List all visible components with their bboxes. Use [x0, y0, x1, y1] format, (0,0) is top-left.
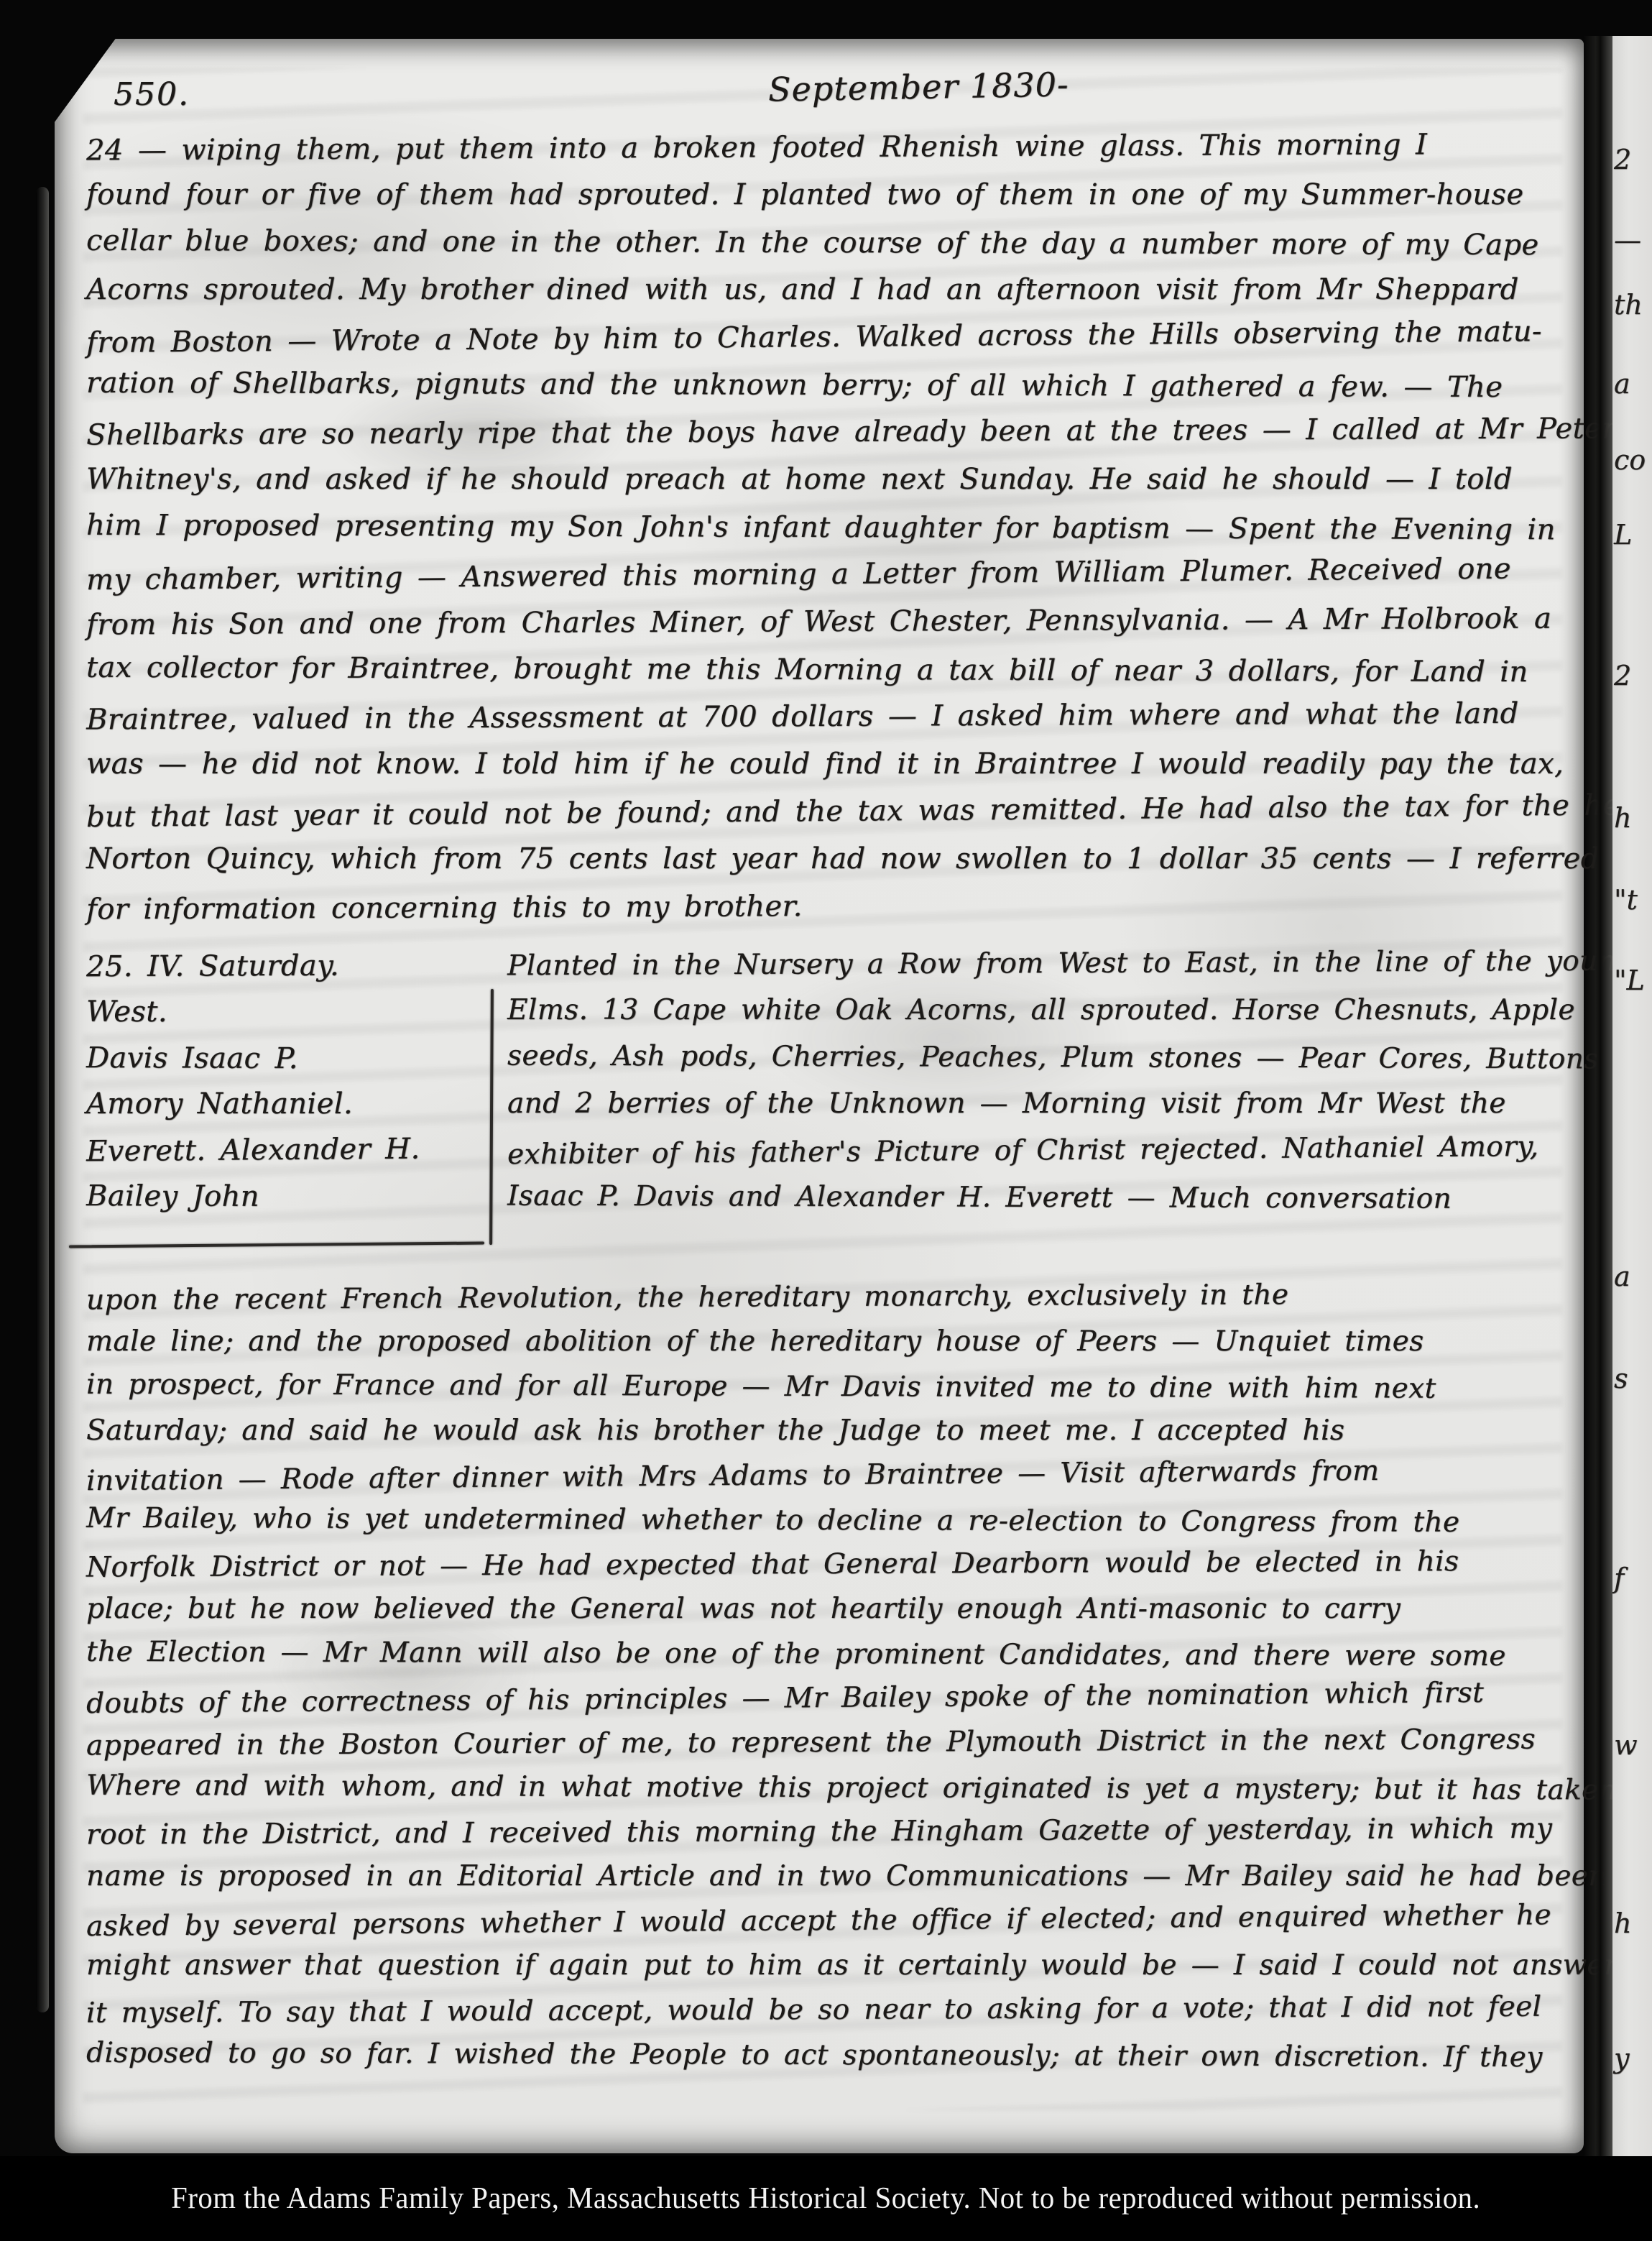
facing-page-fragment: 2 [1614, 144, 1631, 175]
margin-line: Amory Nathaniel. [86, 1081, 493, 1127]
facing-page-fragment: a [1614, 1261, 1630, 1292]
manuscript-line: for information concerning this to my br… [86, 880, 1568, 934]
facing-page-fragment: co [1614, 444, 1646, 476]
manuscript-line: place; but he now believed the General w… [86, 1587, 1568, 1632]
manuscript-line: 24 — wiping them, put them into a broken… [86, 121, 1568, 175]
manuscript-line: Braintree, valued in the Assessment at 7… [86, 690, 1568, 744]
manuscript-line: male line; and the proposed abolition of… [86, 1320, 1568, 1364]
margin-note: 25. IV. Saturday.West.Davis Isaac P.Amor… [86, 940, 493, 1220]
manuscript-line: and 2 berries of the Unknown — Morning v… [507, 1080, 1634, 1127]
binding-gutter-shadow [1584, 36, 1612, 2156]
nursery-note-lines: Planted in the Nursery a Row from West t… [507, 940, 1634, 1220]
facing-page-fragment: 2 [1614, 660, 1631, 691]
facing-page-fragment: — [1614, 224, 1641, 256]
entry-september-25-body: upon the recent French Revolution, the h… [86, 1275, 1568, 2077]
facing-page-fragment: "L [1614, 965, 1645, 996]
manuscript-line: cellar blue boxes; and one in the other.… [86, 217, 1568, 269]
manuscript-line: Norfolk District or not — He had expecte… [86, 1540, 1568, 1591]
manuscript-line: Shellbarks are so nearly ripe that the b… [86, 405, 1568, 459]
manuscript-line: invitation — Rode after dinner with Mrs … [86, 1448, 1568, 1504]
facing-page-fragment: L [1614, 519, 1632, 551]
manuscript-line: Acorns sprouted. My brother dined with u… [86, 266, 1568, 313]
margin-line: Everett. Alexander H. [86, 1126, 493, 1174]
manuscript-line: was — he did not know. I told him if he … [86, 740, 1568, 788]
manuscript-line: Mr Bailey, who is yet undetermined wheth… [86, 1496, 1568, 1545]
facing-page-fragment: th [1614, 289, 1643, 321]
manuscript-line: root in the District, and I received thi… [86, 1807, 1568, 1858]
facing-page-fragment: a [1614, 368, 1630, 400]
facing-page-fragment: w [1614, 1729, 1638, 1761]
manuscript-line: ration of Shellbarks, pignuts and the un… [86, 359, 1568, 411]
facing-page-fragment: h [1614, 802, 1631, 834]
manuscript-line: appeared in the Boston Courier of me, to… [86, 1718, 1568, 1769]
ink-rule-horizontal [69, 1241, 484, 1248]
manuscript-line: seeds, Ash pods, Cherries, Peaches, Plum… [507, 1033, 1635, 1083]
manuscript-line: Whitney's, and asked if he should preach… [86, 456, 1568, 503]
facing-page-fragment: h [1614, 1908, 1631, 1939]
margin-line: Davis Isaac P. [86, 1035, 493, 1082]
margin-line: Bailey John [86, 1173, 493, 1220]
scan-corner-shadow [50, 34, 119, 128]
manuscript-line: found four or five of them had sprouted.… [86, 171, 1568, 218]
manuscript-line: from Boston — Wrote a Note by him to Cha… [86, 308, 1568, 367]
page-left-edge [36, 187, 49, 2012]
manuscript-line: upon the recent French Revolution, the h… [86, 1272, 1568, 1323]
page-number: 550. [114, 76, 190, 113]
scan-footer-band: From the Adams Family Papers, Massachuse… [0, 2156, 1652, 2241]
manuscript-line: disposed to go so far. I wished the Peop… [86, 2031, 1568, 2080]
manuscript-line: Elms. 13 Cape white Oak Acorns, all spro… [507, 987, 1634, 1034]
manuscript-line: Isaac P. Davis and Alexander H. Everett … [507, 1173, 1635, 1223]
margin-visitor-list: 25. IV. Saturday.West.Davis Isaac P.Amor… [86, 943, 493, 1219]
entry-september-25-head: 25. IV. Saturday.West.Davis Isaac P.Amor… [86, 940, 1568, 1220]
page-header: 550. September 1830- [86, 63, 1568, 118]
manuscript-line: Saturday; and said he would ask his brot… [86, 1409, 1568, 1453]
margin-line: 25. IV. Saturday. [86, 942, 493, 990]
manuscript-line: Planted in the Nursery a Row from West t… [507, 938, 1635, 990]
manuscript-line: in prospect, for France and for all Euro… [86, 1363, 1568, 1412]
page-content: 550. September 1830- 24 — wiping them, p… [55, 39, 1584, 2153]
manuscript-line: asked by several persons whether I would… [86, 1893, 1568, 1949]
archive-credit-line: From the Adams Family Papers, Massachuse… [172, 2181, 1481, 2216]
facing-page-fragment: f [1614, 1563, 1624, 1594]
manuscript-line: name is proposed in an Editorial Article… [86, 1854, 1568, 1899]
manuscript-scan: 550. September 1830- 24 — wiping them, p… [0, 0, 1652, 2241]
facing-page-fragment: "t [1614, 884, 1638, 916]
manuscript-line: might answer that question if again put … [86, 1943, 1568, 1988]
manuscript-line: from his Son and one from Charles Miner,… [86, 595, 1568, 649]
manuscript-line: but that last year it could not be found… [86, 782, 1568, 841]
nursery-note: Planted in the Nursery a Row from West t… [493, 940, 1634, 1220]
manuscript-line: Norton Quincy, which from 75 cents last … [86, 835, 1568, 883]
manuscript-line: exhibiter of his father's Picture of Chr… [507, 1123, 1635, 1178]
manuscript-line: my chamber, writing — Answered this morn… [86, 545, 1568, 604]
manuscript-line: it myself. To say that I would accept, w… [86, 1985, 1568, 2036]
margin-line: West. [86, 989, 493, 1035]
manuscript-line: tax collector for Braintree, brought me … [86, 644, 1568, 696]
manuscript-page: 550. September 1830- 24 — wiping them, p… [55, 39, 1584, 2153]
manuscript-line: Where and with whom, and in what motive … [86, 1764, 1568, 1813]
page-header-date: September 1830- [767, 65, 1069, 109]
facing-page-fragment: s [1614, 1363, 1628, 1394]
entry-september-24: 24 — wiping them, put them into a broken… [86, 124, 1568, 930]
facing-page-fragment: y [1614, 2043, 1629, 2074]
facing-page-sliver: 2—thacoL2h"t"Lasfwhy [1612, 36, 1652, 2156]
